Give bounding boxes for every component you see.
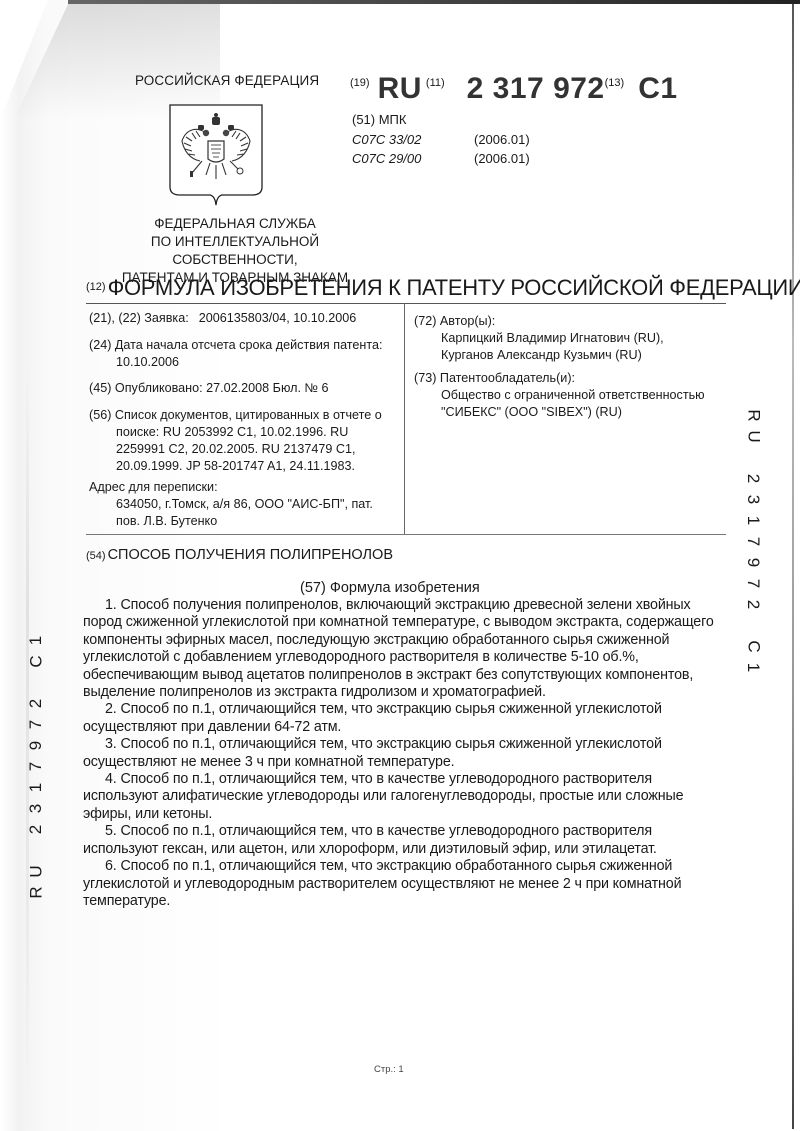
cited-documents-field: (56) Список документов, цитированных в о… <box>89 407 389 475</box>
cited-documents-text: (56) Список документов, цитированных в о… <box>89 407 389 475</box>
inid-code-12: (12) <box>86 281 106 293</box>
agency-line: ПО ИНТЕЛЛЕКТУАЛЬНОЙ СОБСТВЕННОСТИ, <box>100 233 370 269</box>
application-field: (21), (22) Заявка:2006135803/04, 10.10.2… <box>89 310 356 327</box>
inid-code-13: (13) <box>605 77 625 89</box>
divider <box>86 534 726 535</box>
claims-list: 1. Способ получения полипренолов, включа… <box>83 597 723 910</box>
inid-code-11: (11) <box>426 77 445 89</box>
claim: 1. Способ получения полипренолов, включа… <box>83 597 723 701</box>
ipc-row: C07C 29/00 (2006.01) <box>352 149 530 169</box>
claim: 4. Способ по п.1, отличающийся тем, что … <box>83 771 723 823</box>
side-label-char: C <box>742 640 763 652</box>
claim: 3. Способ по п.1, отличающийся тем, что … <box>83 736 723 771</box>
side-label-char: 1 <box>28 636 49 645</box>
ipc-row: C07C 33/02 (2006.01) <box>352 130 530 150</box>
publication-number: (19) RU (11) 2 317 972 (13) C1 <box>350 72 678 106</box>
field-value: 10.10.2006 <box>89 354 389 371</box>
ipc-class: C07C 33/02 <box>352 130 474 150</box>
side-label-char: U <box>28 865 49 877</box>
side-label-char <box>27 680 48 685</box>
ipc-class: C07C 29/00 <box>352 149 474 169</box>
field-label: (24) Дата начала отсчета срока действия … <box>89 338 383 352</box>
side-label-char: U <box>742 430 763 442</box>
field-label: (21), (22) Заявка: <box>89 311 189 325</box>
country-name: РОССИЙСКАЯ ФЕДЕРАЦИЯ <box>135 73 319 88</box>
russian-coat-of-arms-icon <box>168 103 264 207</box>
side-label-char <box>741 623 762 628</box>
side-label-char: 2 <box>742 600 763 609</box>
ipc-label: (51) МПК <box>352 110 530 130</box>
author-name: Курганов Александр Кузьмич (RU) <box>414 347 724 364</box>
side-label-char: 1 <box>742 516 763 525</box>
author-name: Карпицкий Владимир Игнатович (RU), <box>414 330 724 347</box>
field-label: Адрес для переписки: <box>89 480 218 494</box>
field-label: (73) Патентообладатель(и): <box>414 371 575 385</box>
side-label-char: 3 <box>742 495 763 504</box>
term-start-field: (24) Дата начала отсчета срока действия … <box>89 337 389 371</box>
side-label-char <box>741 455 762 460</box>
column-divider <box>404 303 405 534</box>
side-label-left: 1C 2797132 UR <box>23 630 53 950</box>
published-field: (45) Опубликовано: 27.02.2008 Бюл. № 6 <box>89 380 328 397</box>
ipc-classification: (51) МПК C07C 33/02 (2006.01) C07C 29/00… <box>352 110 530 169</box>
side-label-char: 3 <box>28 804 49 813</box>
claims-heading: (57) Формула изобретения <box>300 580 480 596</box>
field-value: Общество с ограниченной ответственностью <box>414 387 734 404</box>
field-label: (45) Опубликовано: <box>89 381 203 395</box>
side-label-char: 9 <box>742 558 763 567</box>
scan-top-edge <box>68 0 800 4</box>
side-label-char: C <box>28 655 49 667</box>
side-label-char: R <box>28 886 49 898</box>
side-label-right: RU 2317972 C1 <box>737 405 767 705</box>
scan-right-edge <box>792 4 794 1129</box>
side-label-char: 9 <box>28 741 49 750</box>
side-label-char: R <box>742 409 763 421</box>
side-label-char: 7 <box>28 762 49 771</box>
side-label-char: 7 <box>28 720 49 729</box>
ipc-version: (2006.01) <box>474 130 530 150</box>
scan-corner-fold <box>0 0 48 120</box>
claim: 6. Способ по п.1, отличающийся тем, что … <box>83 858 723 910</box>
field-value: 634050, г.Томск, а/я 86, ООО "АИС-БП", п… <box>89 496 389 530</box>
document-title-text: ФОРМУЛА ИЗОБРЕТЕНИЯ К ПАТЕНТУ РОССИЙСКОЙ… <box>108 275 800 300</box>
side-label-char: 1 <box>28 783 49 792</box>
side-label-char: 2 <box>28 825 49 834</box>
ipc-version: (2006.01) <box>474 149 530 169</box>
inid-code-54: (54) <box>86 550 106 562</box>
authors-field: (72) Автор(ы): Карпицкий Владимир Игнато… <box>414 313 724 364</box>
patent-holder-field: (73) Патентообладатель(и): Общество с ог… <box>414 370 734 421</box>
side-label-char <box>27 848 48 853</box>
field-value: 27.02.2008 Бюл. № 6 <box>206 381 328 395</box>
invention-title: (54)СПОСОБ ПОЛУЧЕНИЯ ПОЛИПРЕНОЛОВ <box>86 546 393 564</box>
claim: 2. Способ по п.1, отличающийся тем, что … <box>83 701 723 736</box>
side-label-char: 7 <box>742 579 763 588</box>
page-number: Стр.: 1 <box>374 1064 404 1075</box>
agency-line: ФЕДЕРАЛЬНАЯ СЛУЖБА <box>100 215 370 233</box>
field-value: 2006135803/04, 10.10.2006 <box>199 311 357 325</box>
document-kind: C1 <box>638 72 677 106</box>
claim: 5. Способ по п.1, отличающийся тем, что … <box>83 823 723 858</box>
divider <box>86 303 726 304</box>
invention-title-text: СПОСОБ ПОЛУЧЕНИЯ ПОЛИПРЕНОЛОВ <box>108 547 393 563</box>
field-label: (72) Автор(ы): <box>414 314 495 328</box>
side-label-char: 1 <box>742 663 763 672</box>
country-code: RU <box>378 72 422 106</box>
patent-number: 2 317 972 <box>467 72 605 106</box>
correspondence-address-field: Адрес для переписки: 634050, г.Томск, а/… <box>89 479 389 530</box>
field-value: "СИБЕКС" (ООО "SIBEX") (RU) <box>414 404 734 421</box>
document-title: (12)ФОРМУЛА ИЗОБРЕТЕНИЯ К ПАТЕНТУ РОССИЙ… <box>86 275 800 301</box>
side-label-char: 7 <box>742 537 763 546</box>
side-label-char: 2 <box>28 699 49 708</box>
side-label-char: 2 <box>742 474 763 483</box>
inid-code-19: (19) <box>350 77 370 89</box>
